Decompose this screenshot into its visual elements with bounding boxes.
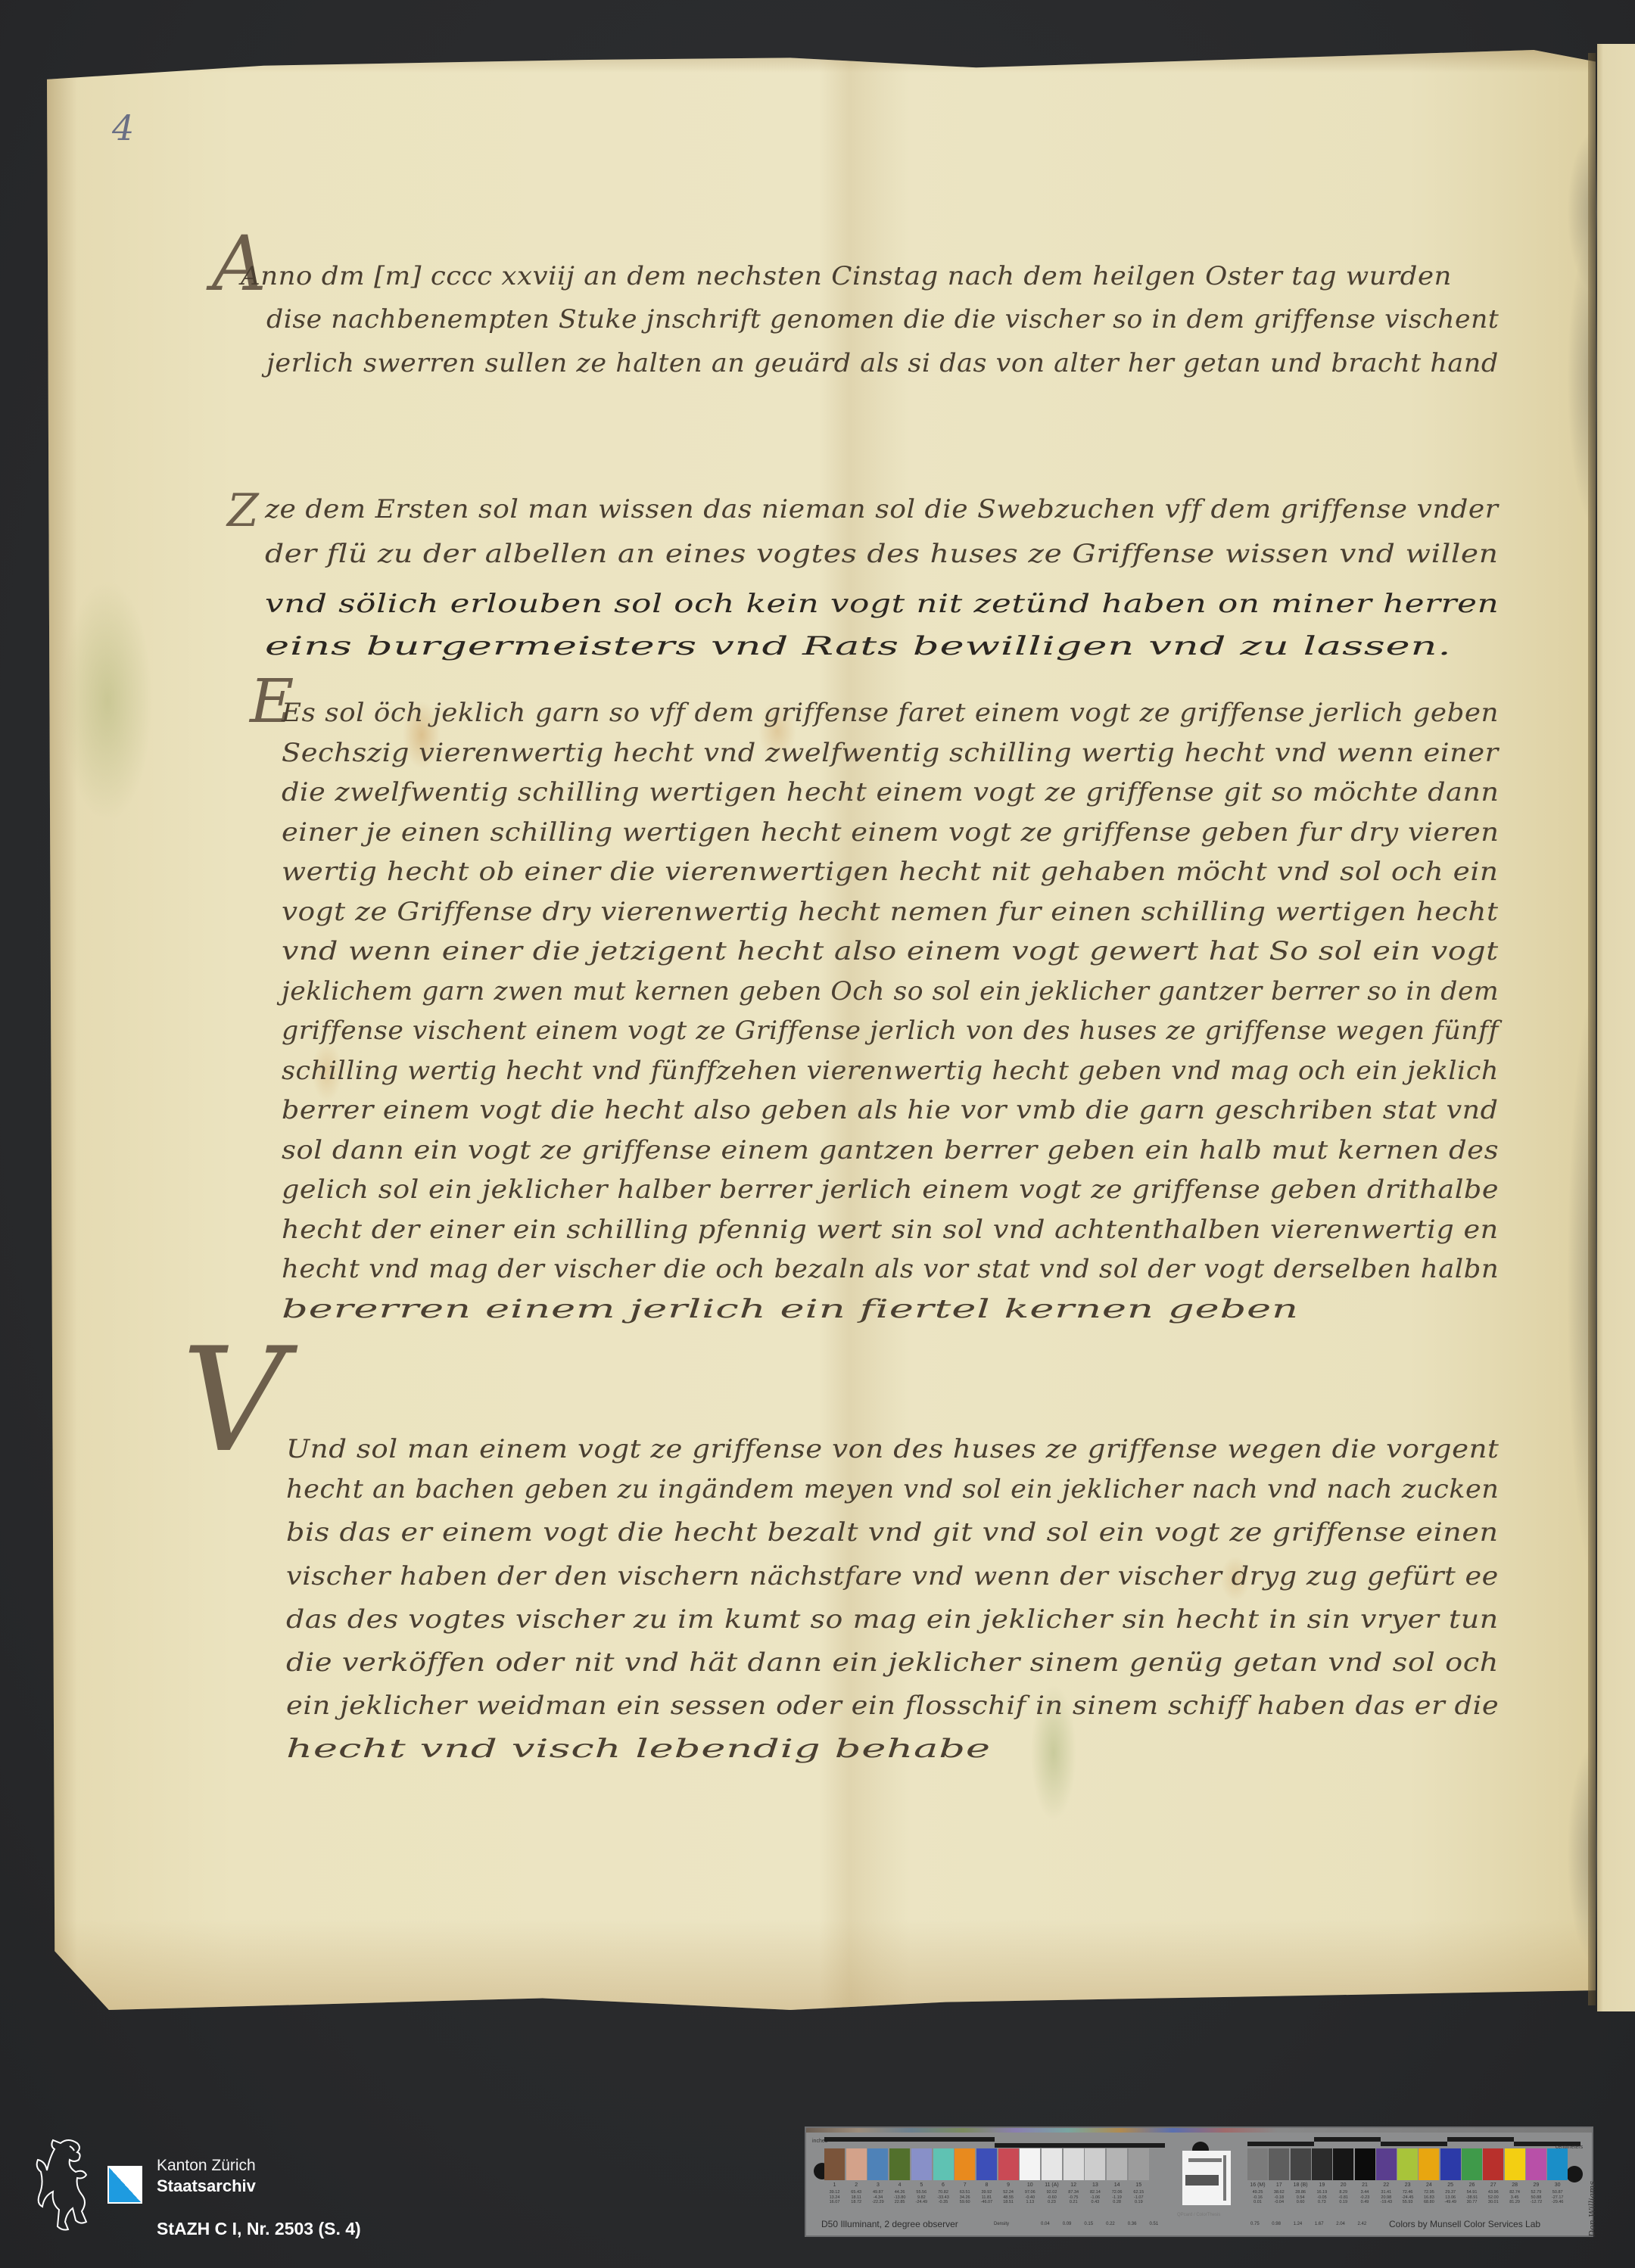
color-calibration-target: inches centimeters QPcard / ColorThesis …: [805, 2126, 1593, 2237]
manuscript-line: eins burgermeisters vnd Rats bewilligen …: [265, 631, 1451, 661]
folio-number: 4: [112, 107, 134, 148]
patch-lab-values: 28.860.540.60: [1291, 2190, 1311, 2205]
color-patch: [1312, 2148, 1332, 2180]
color-patch: [1333, 2148, 1353, 2180]
density-value: 0.15: [1084, 2222, 1093, 2226]
manuscript-line: vischer haben der den vischern nächstfar…: [286, 1561, 1499, 1591]
patch-number: 21: [1355, 2182, 1375, 2188]
vendor-note: Colors by Munsell Color Services Lab: [1389, 2219, 1540, 2229]
signature: Don Williams: [1587, 2181, 1597, 2237]
inch-ruler-bar: [824, 2137, 995, 2142]
manuscript-line: die verköffen oder nit vnd hät dann ein …: [286, 1647, 1499, 1678]
patch-number: 23: [1397, 2182, 1418, 2188]
manuscript-line: der flü zu der albellen an eines vogtes …: [265, 539, 1499, 569]
manuscript-line: griffense vischent einem vogt ze Griffen…: [282, 1016, 1499, 1046]
density-value: 0.36: [1128, 2222, 1137, 2226]
patch-lab-values: 49.87-4.34-22.29: [867, 2190, 888, 2205]
patch-number: 3: [867, 2182, 888, 2188]
manuscript-line: ein jeklicher weidman ein sessen oder ei…: [286, 1691, 1499, 1721]
patch-number: 1: [824, 2182, 845, 2188]
color-patch: [846, 2148, 867, 2180]
color-patch: [889, 2148, 910, 2180]
manuscript-line: hecht vnd mag der vischer die och bezaln…: [282, 1254, 1499, 1284]
color-patch: [976, 2148, 997, 2180]
manuscript-line: bis das er einem vogt die hecht bezalt v…: [286, 1517, 1499, 1548]
manuscript-line: dise nachbenempten Stuke jnschrift genom…: [266, 304, 1499, 334]
manuscript-line: wertig hecht ob einer die vierenwertigen…: [282, 857, 1499, 887]
color-patch: [1107, 2148, 1127, 2180]
patch-number: 29: [1526, 2182, 1546, 2188]
cm-ruler-bar: [1381, 2142, 1447, 2146]
patch-lab-values: 72.06-1.190.28: [1107, 2190, 1127, 2205]
color-patch: [1129, 2148, 1149, 2180]
color-patch: [1247, 2148, 1268, 2180]
patch-lab-values: 31.4120.98-19.43: [1376, 2190, 1397, 2205]
color-patch: [1440, 2148, 1461, 2180]
patch-number: 13: [1085, 2182, 1105, 2188]
color-patch: [1462, 2148, 1482, 2180]
patch-number: 28: [1505, 2182, 1525, 2188]
patch-number: 6: [933, 2182, 954, 2188]
color-patch: [955, 2148, 975, 2180]
patch-number: 8: [976, 2182, 997, 2188]
color-patch: [1547, 2148, 1568, 2180]
density-label: Density: [994, 2222, 1009, 2226]
patch-lab-values: 82.743.4581.29: [1505, 2190, 1525, 2205]
cm-ruler-bar: [1314, 2137, 1381, 2142]
color-patch: [933, 2148, 954, 2180]
density-value: 0.04: [1041, 2222, 1050, 2226]
shelfmark: StAZH C I, Nr. 2503 (S. 4): [157, 2219, 361, 2239]
color-patch: [911, 2148, 932, 2180]
manuscript-line: hecht der einer ein schilling pfennig we…: [282, 1215, 1499, 1245]
patch-lab-values: 65.4318.1118.72: [846, 2190, 867, 2205]
color-patch: [824, 2148, 845, 2180]
color-patch: [1269, 2148, 1289, 2180]
manuscript-line: bererren einem jerlich ein fiertel kerne…: [282, 1294, 1299, 1324]
patch-lab-values: 70.82-33.43-0.35: [933, 2190, 954, 2205]
canton-name: Kanton Zürich: [157, 2157, 256, 2175]
patch-number: 27: [1483, 2182, 1503, 2188]
patch-number: 19: [1312, 2182, 1332, 2188]
patch-lab-values: 39.9211.81-46.07: [976, 2190, 997, 2205]
manuscript-line: vnd wenn einer die jetzigent hecht also …: [282, 936, 1499, 966]
zurich-lion-icon: [30, 2136, 98, 2234]
color-patch: [1483, 2148, 1503, 2180]
patch-lab-values: 39.1213.2416.07: [824, 2190, 845, 2205]
manuscript-line: das des vogtes vischer zu im kumt so mag…: [286, 1604, 1499, 1635]
density-value: 1.24: [1294, 2222, 1303, 2226]
manuscript-line: ze dem Ersten sol man wissen das nieman …: [265, 494, 1499, 524]
manuscript-line: hecht vnd visch lebendig behabe: [286, 1734, 991, 1764]
cm-ruler-bar: [1247, 2142, 1314, 2146]
manuscript-line: vnd sölich erlouben sol och kein vogt ni…: [265, 589, 1499, 619]
color-patch: [998, 2148, 1019, 2180]
patch-lab-values: 92.02-0.600.23: [1042, 2190, 1062, 2205]
patch-lab-values: 3.44-0.230.49: [1355, 2190, 1375, 2205]
decorated-initial: V: [182, 1317, 285, 1484]
color-patch: [1376, 2148, 1397, 2180]
patch-number: 12: [1064, 2182, 1084, 2188]
patch-lab-values: 44.26-13.8022.85: [889, 2190, 910, 2205]
manuscript-line: jerlich swerren sullen ze halten an geuä…: [266, 348, 1499, 378]
color-patch: [1020, 2148, 1040, 2180]
target-top-edge: [806, 2128, 1592, 2133]
patch-number: 9: [998, 2182, 1019, 2188]
patch-lab-values: 63.5134.2659.60: [955, 2190, 975, 2205]
patch-lab-values: 43.9652.0030.01: [1483, 2190, 1503, 2205]
patch-number: 7: [955, 2182, 975, 2188]
cm-ruler-bar: [1447, 2137, 1514, 2142]
density-value: 1.67: [1315, 2222, 1324, 2226]
density-value: 0.75: [1250, 2222, 1260, 2226]
patch-number: 25: [1440, 2182, 1461, 2188]
manuscript-line: Und sol man einem vogt ze griffense von …: [286, 1434, 1499, 1464]
decorated-initial: Z: [227, 484, 259, 537]
patch-number: 30: [1547, 2182, 1568, 2188]
qp-logo: QPcard / ColorThesis: [1177, 2213, 1220, 2217]
manuscript-line: einer je einen schilling wertigen hecht …: [282, 817, 1499, 848]
inch-ruler-bar: [995, 2143, 1165, 2148]
water-stain: [62, 580, 153, 822]
binding-gutter: [1588, 53, 1596, 2005]
manuscript-line: Es sol öch jeklich garn so vff dem griff…: [282, 698, 1499, 728]
patch-number: 15: [1129, 2182, 1149, 2188]
illuminant-note: D50 Illuminant, 2 degree observer: [821, 2219, 958, 2229]
patch-number: 16 (M): [1247, 2182, 1268, 2188]
manuscript-line: sol dann ein vogt ze griffense einem gan…: [282, 1135, 1499, 1165]
manuscript-line: Sechszig vierenwertig hecht vnd zwelfwen…: [282, 738, 1499, 768]
manuscript-line: vogt ze Griffense dry vierenwertig hecht…: [282, 897, 1499, 927]
patch-number: 17: [1269, 2182, 1289, 2188]
color-patch: [1085, 2148, 1105, 2180]
manuscript-line: schilling wertig hecht vnd fünffzehen vi…: [282, 1056, 1499, 1086]
patch-lab-values: 49.25-0.160.01: [1247, 2190, 1268, 2205]
color-patch: [1064, 2148, 1084, 2180]
color-patch: [1397, 2148, 1418, 2180]
qp-card-gauge: [1182, 2151, 1231, 2205]
patch-lab-values: 50.87-27.17-29.46: [1547, 2190, 1568, 2205]
color-patch: [1526, 2148, 1546, 2180]
patch-number: 2: [846, 2182, 867, 2188]
patch-number: 10: [1020, 2182, 1040, 2188]
zurich-flag-icon: [107, 2166, 142, 2204]
patch-lab-values: 87.34-0.750.21: [1064, 2190, 1084, 2205]
patch-lab-values: 8.29-0.810.19: [1333, 2190, 1353, 2205]
patch-number: 4: [889, 2182, 910, 2188]
density-value: 0.51: [1150, 2222, 1159, 2226]
patch-lab-values: 62.15-1.070.19: [1129, 2190, 1149, 2205]
patch-lab-values: 52.7950.88-12.72: [1526, 2190, 1546, 2205]
density-value: 2.42: [1358, 2222, 1367, 2226]
manuscript-line: jeklichem garn zwen mut kernen geben Och…: [282, 976, 1499, 1006]
patch-lab-values: 38.62-0.18-0.04: [1269, 2190, 1289, 2205]
manuscript-line: Anno dm [m] cccc xxviij an dem nechsten …: [241, 261, 1499, 291]
patch-lab-values: 55.569.82-24.49: [911, 2190, 932, 2205]
patch-number: 24: [1419, 2182, 1439, 2188]
color-patch: [1355, 2148, 1375, 2180]
patch-number: 20: [1333, 2182, 1353, 2188]
density-value: 0.98: [1272, 2222, 1281, 2226]
color-patch: [1505, 2148, 1525, 2180]
patch-lab-values: 52.2448.5518.51: [998, 2190, 1019, 2205]
patch-lab-values: 97.06-0.401.13: [1020, 2190, 1040, 2205]
color-patch: [867, 2148, 888, 2180]
patch-lab-values: 29.3713.06-49.49: [1440, 2190, 1461, 2205]
patch-lab-values: 72.9516.8368.80: [1419, 2190, 1439, 2205]
color-patch: [1419, 2148, 1439, 2180]
density-value: 0.22: [1106, 2222, 1115, 2226]
color-patch: [1042, 2148, 1062, 2180]
manuscript-line: die zwelfwentig schilling wertigen hecht…: [282, 777, 1500, 807]
manuscript-line: berrer einem vogt die hecht also geben a…: [282, 1095, 1498, 1125]
archive-name: Staatsarchiv: [157, 2176, 256, 2196]
patch-number: 5: [911, 2182, 932, 2188]
patch-lab-values: 82.14-1.060.43: [1085, 2190, 1105, 2205]
patch-number: 11 (A): [1042, 2182, 1062, 2188]
density-value: 2.04: [1336, 2222, 1345, 2226]
adjacent-leaf-edge: [1597, 44, 1635, 2011]
patch-number: 18 (B): [1291, 2182, 1311, 2188]
patch-lab-values: 72.46-24.4555.93: [1397, 2190, 1418, 2205]
mounting-hole: [1566, 2166, 1583, 2182]
color-patch: [1291, 2148, 1311, 2180]
patch-number: 14: [1107, 2182, 1127, 2188]
manuscript-line: gelich sol ein jeklicher halber berrer j…: [282, 1174, 1499, 1205]
patch-number: 22: [1376, 2182, 1397, 2188]
manuscript-line: hecht an bachen geben zu ingändem meyen …: [286, 1474, 1499, 1504]
density-value: 0.09: [1063, 2222, 1072, 2226]
patch-number: 26: [1462, 2182, 1482, 2188]
patch-lab-values: 54.91-38.9130.77: [1462, 2190, 1482, 2205]
patch-lab-values: 16.19-0.050.73: [1312, 2190, 1332, 2205]
